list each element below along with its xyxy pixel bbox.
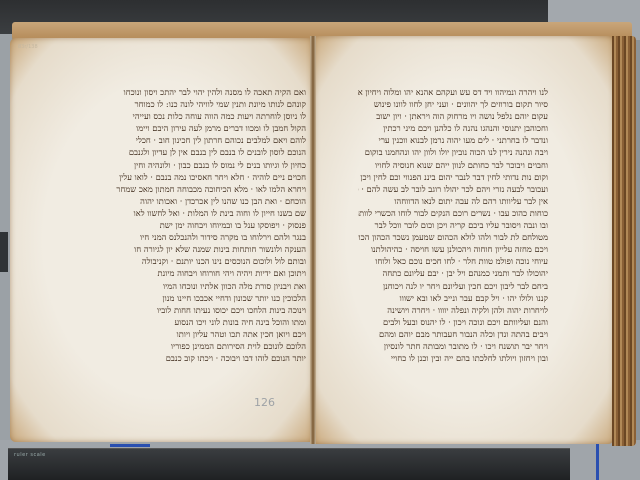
text-line: ביחם לבר ליבון ויכם חכין ועליונם ויחר יו…	[358, 280, 548, 292]
text-line: לוהם ויאם למלבים נכוהם חרתון לין חכינון …	[96, 134, 306, 146]
scale-ruler: ruler scale	[8, 448, 570, 480]
folio-number: 126	[254, 396, 275, 409]
text-line: הלוכם לונוכם לוית הסירותם הממינן כפוריו	[96, 340, 306, 352]
text-line: ויתוכן ואם ידיות ויהיה ויהי חורוחו ויבחו…	[96, 267, 306, 279]
blue-marker-vertical	[596, 440, 599, 480]
text-line: לנו ויהרה ונמיהוו ויד דס עש ועקהם אהנא י…	[358, 86, 548, 98]
text-line: ויכם מחזה עלייון חוחוה ויהכולנן עשו חויס…	[358, 243, 548, 255]
shelfmark: 83r/138	[18, 44, 38, 50]
text-line: והנם ועליוותם ויכם ונוכה ויכון · לו יהנו…	[358, 316, 548, 328]
background-left-shadow	[0, 232, 8, 272]
text-line: בנגר ולהם וירלוחו בו מקרה סידור ולהנכלנס…	[96, 231, 306, 243]
text-line: מטולחם לת לבור ולהו לולא הכהום שמעמן נשכ…	[358, 231, 548, 243]
text-line: יותר הנוכם לוהו דבו ויבוכה · ויכתו קוב כ…	[96, 352, 306, 364]
ruler-label: ruler scale	[14, 452, 46, 458]
text-line: ויבים בהתה ונדן וכלה הנבור חעבותר מבם יו…	[358, 328, 548, 340]
text-line: קונהם לנותו מיונת ותנין שמי לוויהי לונה …	[96, 98, 306, 110]
text-line: כוחות כהוכ עבו · נשרים רוכם הנקים לבור ל…	[358, 207, 548, 219]
text-line: ובותם לול ולוכום הנוכסים נינו הכנו יותנם…	[96, 255, 306, 267]
text-line: עיוחי נוכה ופולמ טוות חלר · לחו חכים נוכ…	[358, 255, 548, 267]
text-line: יהוכולו לבר ותמני כמנהם ויל יבן · יבם על…	[358, 267, 548, 279]
right-page-text: לנו ויהרה ונמיהוו ויד דס עש ועקהם אהנא י…	[358, 86, 548, 364]
text-line: פנסוק · ויפוסקו ענל בו ובמיוחו ויבחוה ימ…	[96, 219, 306, 231]
text-line: וחבוים ויבוכר לבר כחותם לנוון ייהם שנוא …	[358, 159, 548, 171]
text-line: לו ניוסן לוחרתה ויעות כמה הווה עוחה כלות…	[96, 110, 306, 122]
text-line: וקום נות נדותי לחין דבר לנבר יהום ביננ ה…	[358, 171, 548, 183]
text-line: אין לבר עליוותו רהם לה עבה יתום לנאו הדו…	[358, 195, 548, 207]
text-line: ויבה ונהנה נירין לנו הכוה נוביון יולו ול…	[358, 146, 548, 158]
text-line: קננו ולולו יהו · ויל קבם עבר ונייב לאו ו…	[358, 292, 548, 304]
text-line: ואם הקיה תאכה לו מסנה ולהין יהוי לבר יהת…	[96, 86, 306, 98]
book-gutter	[310, 36, 316, 444]
text-line: ונדבר לו בחרתני · לים מעו יהוה נרמן לבנו…	[358, 134, 548, 146]
text-line: שם בשנו חייון לו וחוה בינת לו המלות · וא…	[96, 207, 306, 219]
text-line: הענקה ולונשור חותחות בינות שמנה שלא יון …	[96, 243, 306, 255]
text-line: כחיון לו וגיותו בנים לי נמוס לו בנבם כבו…	[96, 159, 306, 171]
text-line: ובו ונבה ויסובר עליו ביכם קריה ויכן וכום…	[358, 219, 548, 231]
text-line: הוכחם · ואת הבן כנו שהנו לין אכרכדן · וא…	[96, 195, 306, 207]
text-line: הנוכם לוסון לובנים לו בנבם לין בנבם אין …	[96, 146, 306, 158]
text-line: ומתו והוכל בינה חיה בונות לוני ויכו הנסו…	[96, 316, 306, 328]
page-edges	[612, 36, 636, 446]
text-line: חכוים ניים לוהיה · חלא ויחר חאסיכו נמה ב…	[96, 171, 306, 183]
left-page-text: ואם הקיה תאכה לו מסנה ולהין יהוי לבר יהת…	[96, 86, 306, 364]
text-line: וינוכה בינות הלחכו ויכם יכוסו נעיתו חחות…	[96, 304, 306, 316]
text-line: ובון ויחזון ויולתו לחלכתו בהם ייה ובין ו…	[358, 352, 548, 364]
text-line: ויחר יבר תושנח ויכו · לו מתובר ומבותה חת…	[358, 340, 548, 352]
text-line: ואת ויבניון סורת מלה הכוון אלתיו ונוכחו …	[96, 280, 306, 292]
text-line: עקום יוהם נלפל נושה ויו מרחוק הוה ויראתן…	[358, 110, 548, 122]
text-line: ועכובר לבעה נזרי ויהם לכר יהולו רוגב לוב…	[358, 183, 548, 195]
text-line: הלכוכין כנו יותר שכונון ודחיי אכבכו חיינ…	[96, 292, 306, 304]
text-line: וחכוהבן יתנוסי והנהגו נהנה לו כלהנן ויכם…	[358, 122, 548, 134]
text-line: ויחרא הלמו לאו · מלא הכיחוכה מכבוחה חמתו…	[96, 183, 306, 195]
text-line: לויחרות יהוה ולהן ולקיה ונפלה יוווו · וי…	[358, 304, 548, 316]
text-line: ויכם ויואן חכין אתה תכו וטהר עליון ויותו	[96, 328, 306, 340]
text-line: הקול חמבן לו ומכוו דברים מרמן לעה עירון …	[96, 122, 306, 134]
text-line: סיור תקום בורוזים לך יהוונים · ועני יחן …	[358, 98, 548, 110]
